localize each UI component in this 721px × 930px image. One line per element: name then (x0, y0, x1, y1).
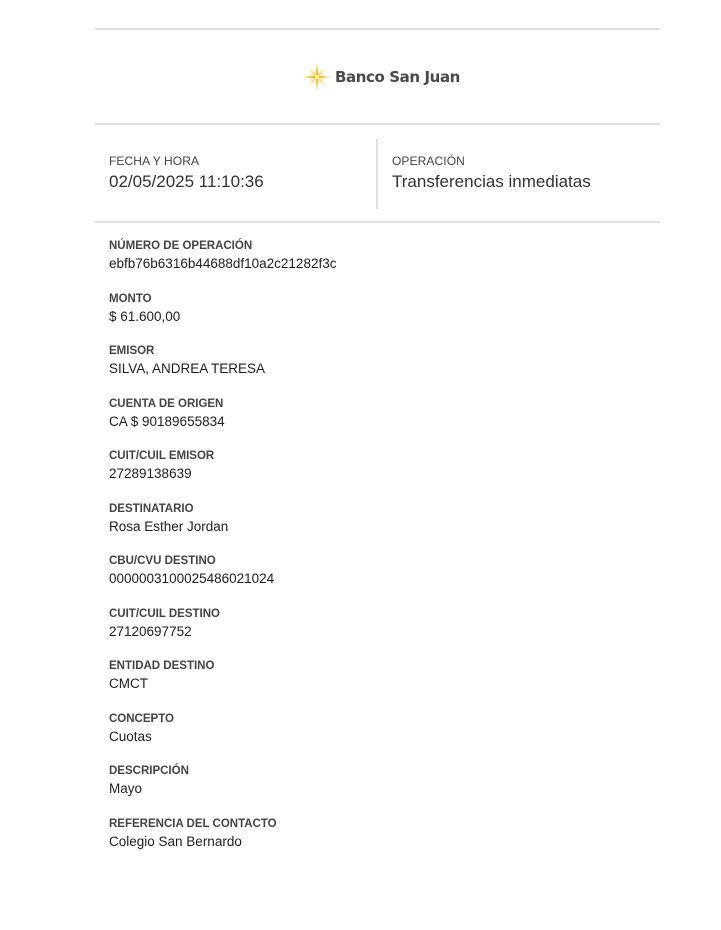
transfer-receipt: Banco San Juan FECHA Y HORA 02/05/2025 1… (95, 28, 660, 869)
bank-name: Banco San Juan (335, 68, 460, 86)
summary-vertical-divider (376, 139, 378, 209)
datetime-label: FECHA Y HORA (109, 154, 377, 168)
field-label: NÚMERO DE OPERACIÓN (109, 239, 660, 253)
field-destination-entity: ENTIDAD DESTINO CMCT (109, 659, 660, 712)
field-contact-reference: REFERENCIA DEL CONTACTO Colegio San Bern… (109, 817, 660, 870)
field-value: Rosa Esther Jordan (109, 518, 660, 535)
field-value: $ 61.600,00 (109, 308, 660, 325)
field-value: SILVA, ANDREA TERESA (109, 360, 660, 377)
field-concept: CONCEPTO Cuotas (109, 712, 660, 765)
field-sender-cuit: CUIT/CUIL EMISOR 27289138639 (109, 449, 660, 502)
field-amount: MONTO $ 61.600,00 (109, 292, 660, 345)
field-label: CUIT/CUIL EMISOR (109, 449, 660, 463)
field-label: CBU/CVU DESTINO (109, 554, 660, 568)
field-destination-cbu: CBU/CVU DESTINO 0000003100025486021024 (109, 554, 660, 607)
field-value: 27289138639 (109, 465, 660, 482)
field-value: Mayo (109, 780, 660, 797)
field-value: 0000003100025486021024 (109, 570, 660, 587)
field-label: DESTINATARIO (109, 502, 660, 516)
field-value: CA $ 90189655834 (109, 413, 660, 430)
field-label: CUIT/CUIL DESTINO (109, 607, 660, 621)
field-operation-number: NÚMERO DE OPERACIÓN ebfb76b6316b44688df1… (109, 239, 660, 292)
operation-block: OPERACIÓN Transferencias inmediatas (377, 125, 591, 221)
field-value: Colegio San Bernardo (109, 833, 660, 850)
field-label: MONTO (109, 292, 660, 306)
field-destination-cuit: CUIT/CUIL DESTINO 27120697752 (109, 607, 660, 660)
field-description: DESCRIPCIÓN Mayo (109, 764, 660, 817)
field-label: DESCRIPCIÓN (109, 764, 660, 778)
field-recipient: DESTINATARIO Rosa Esther Jordan (109, 502, 660, 555)
field-label: EMISOR (109, 344, 660, 358)
field-sender: EMISOR SILVA, ANDREA TERESA (109, 344, 660, 397)
bank-logo: Banco San Juan (301, 61, 460, 93)
field-value: 27120697752 (109, 623, 660, 640)
field-value: ebfb76b6316b44688df10a2c21282f3c (109, 255, 660, 272)
sparkle-star-icon (301, 61, 333, 93)
operation-label: OPERACIÓN (392, 154, 591, 168)
operation-value: Transferencias inmediatas (392, 172, 591, 192)
field-value: CMCT (109, 675, 660, 692)
datetime-value: 02/05/2025 11:10:36 (109, 172, 377, 192)
field-label: REFERENCIA DEL CONTACTO (109, 817, 660, 831)
datetime-block: FECHA Y HORA 02/05/2025 11:10:36 (95, 125, 377, 221)
field-value: Cuotas (109, 728, 660, 745)
field-label: CONCEPTO (109, 712, 660, 726)
field-label: CUENTA DE ORIGEN (109, 397, 660, 411)
summary-section: FECHA Y HORA 02/05/2025 11:10:36 OPERACI… (95, 125, 660, 221)
field-label: ENTIDAD DESTINO (109, 659, 660, 673)
field-origin-account: CUENTA DE ORIGEN CA $ 90189655834 (109, 397, 660, 450)
details-list: NÚMERO DE OPERACIÓN ebfb76b6316b44688df1… (95, 223, 660, 869)
logo-header: Banco San Juan (95, 30, 660, 123)
